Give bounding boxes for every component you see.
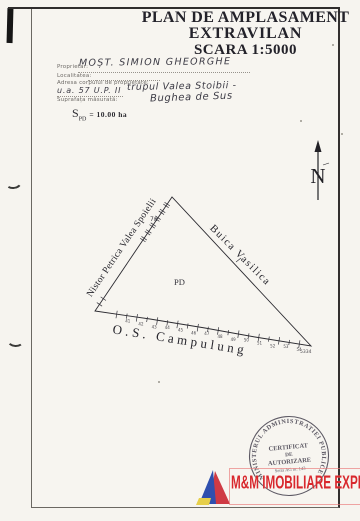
survey-point-number: 53 (283, 344, 289, 349)
apex-point-label: 7a (150, 216, 158, 223)
tick (197, 324, 198, 332)
agency-watermark: M&M IMOBILIARE EXPERT (196, 462, 360, 510)
north-letter: N (310, 164, 325, 188)
tick (97, 303, 102, 307)
watermark-text: M&M IMOBILIARE EXPERT (231, 472, 360, 493)
survey-point-number: 52 (270, 343, 276, 348)
north-arrow-icon: N (310, 140, 329, 200)
tick (157, 317, 158, 325)
tick (187, 323, 188, 328)
tick (101, 297, 106, 301)
tick (147, 317, 148, 322)
corner-point-label: 5334 (300, 349, 312, 355)
tick (268, 337, 269, 342)
parcel-code-label: PD (174, 277, 185, 287)
tick (228, 330, 229, 335)
tick (136, 314, 137, 322)
tick (289, 340, 290, 345)
agency-logo-icon (196, 468, 232, 508)
scanned-page: PLAN DE AMPLASAMENT EXTRAVILAN SCARA 1:5… (0, 0, 360, 521)
